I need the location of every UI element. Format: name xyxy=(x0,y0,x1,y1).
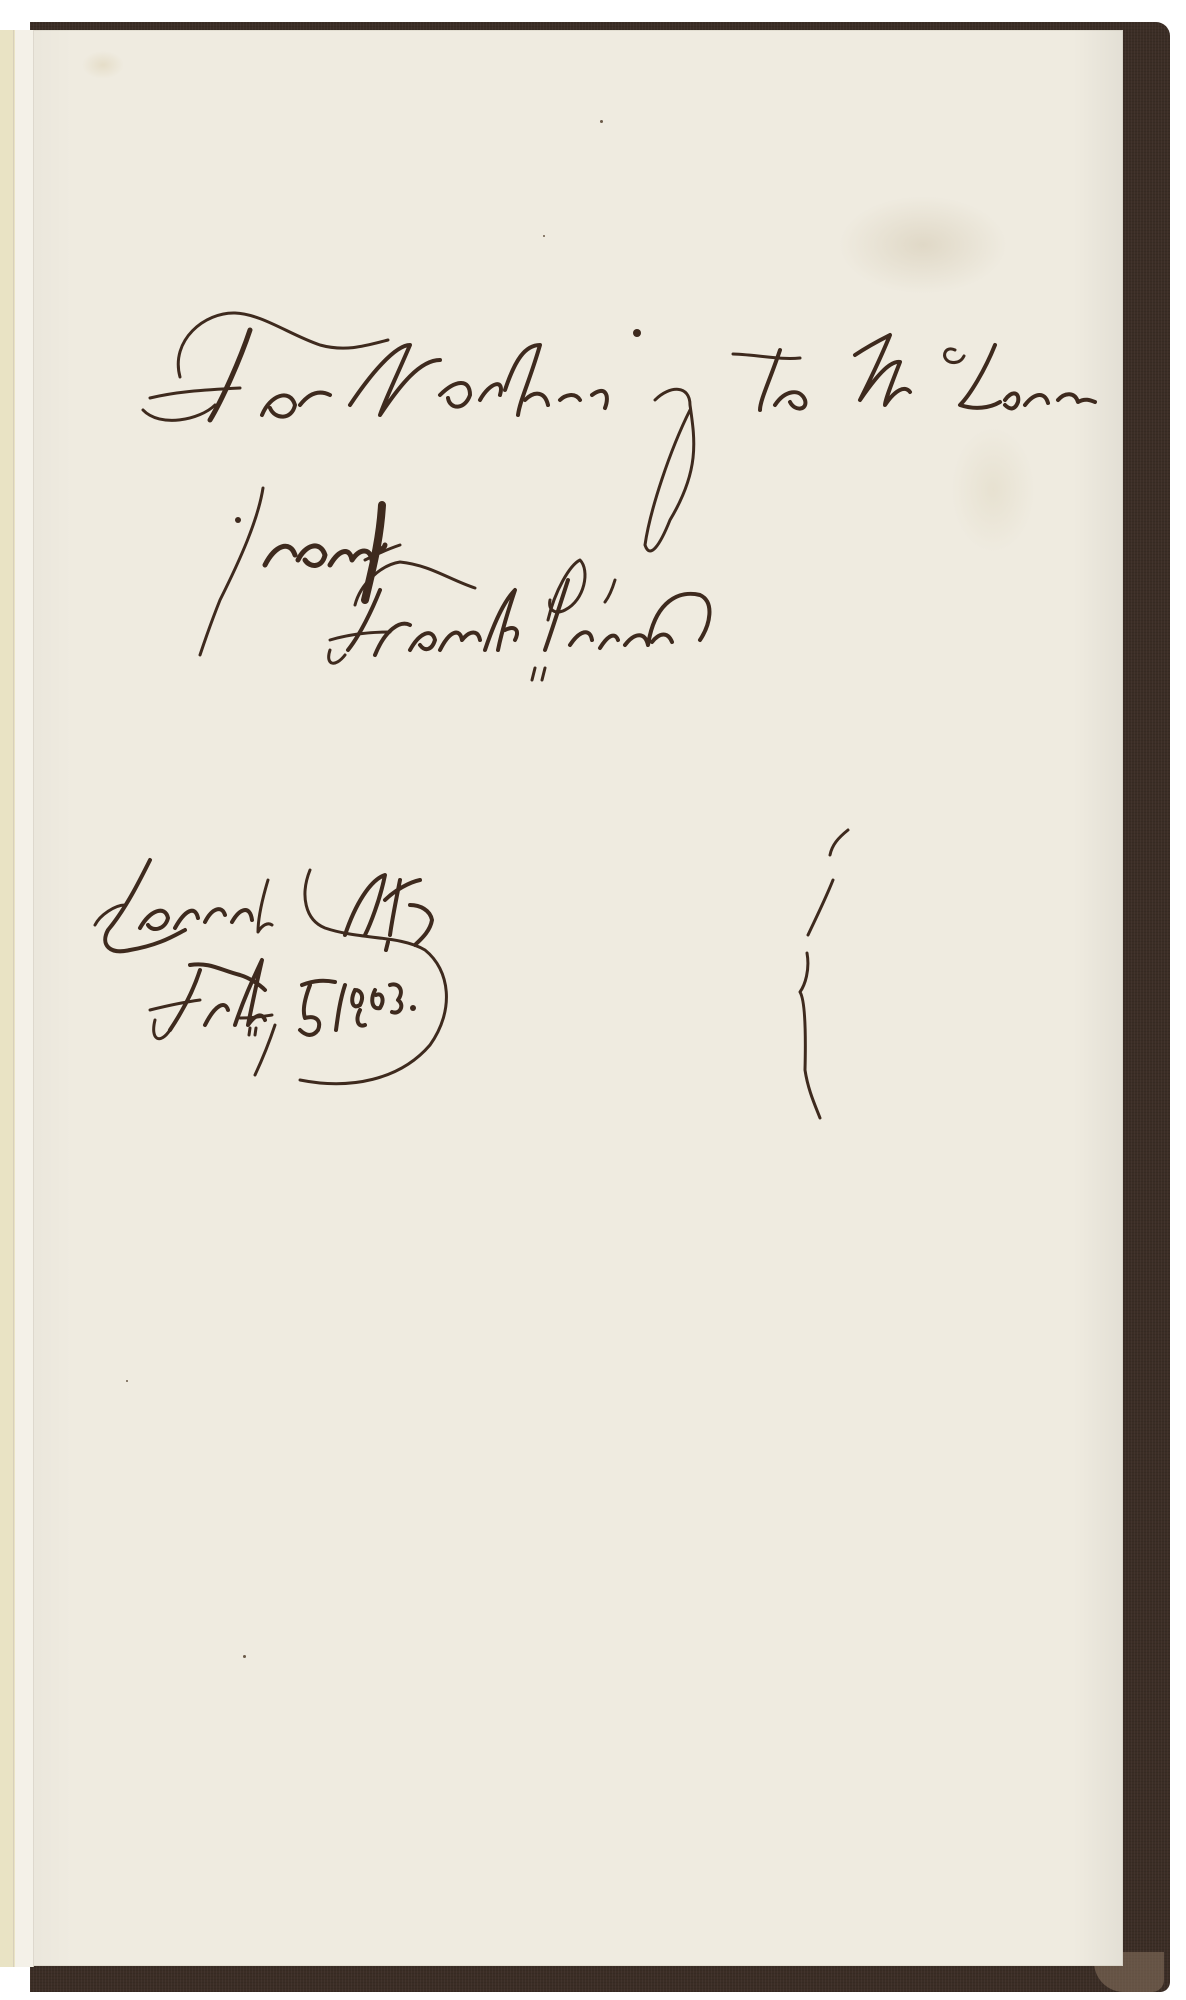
gutter-edge-line xyxy=(13,30,14,1967)
book-open-endpaper: For Washington McLean from Frank Pierce … xyxy=(0,0,1186,2000)
inscribed-page xyxy=(33,30,1123,1966)
page-gutter xyxy=(15,30,34,1967)
